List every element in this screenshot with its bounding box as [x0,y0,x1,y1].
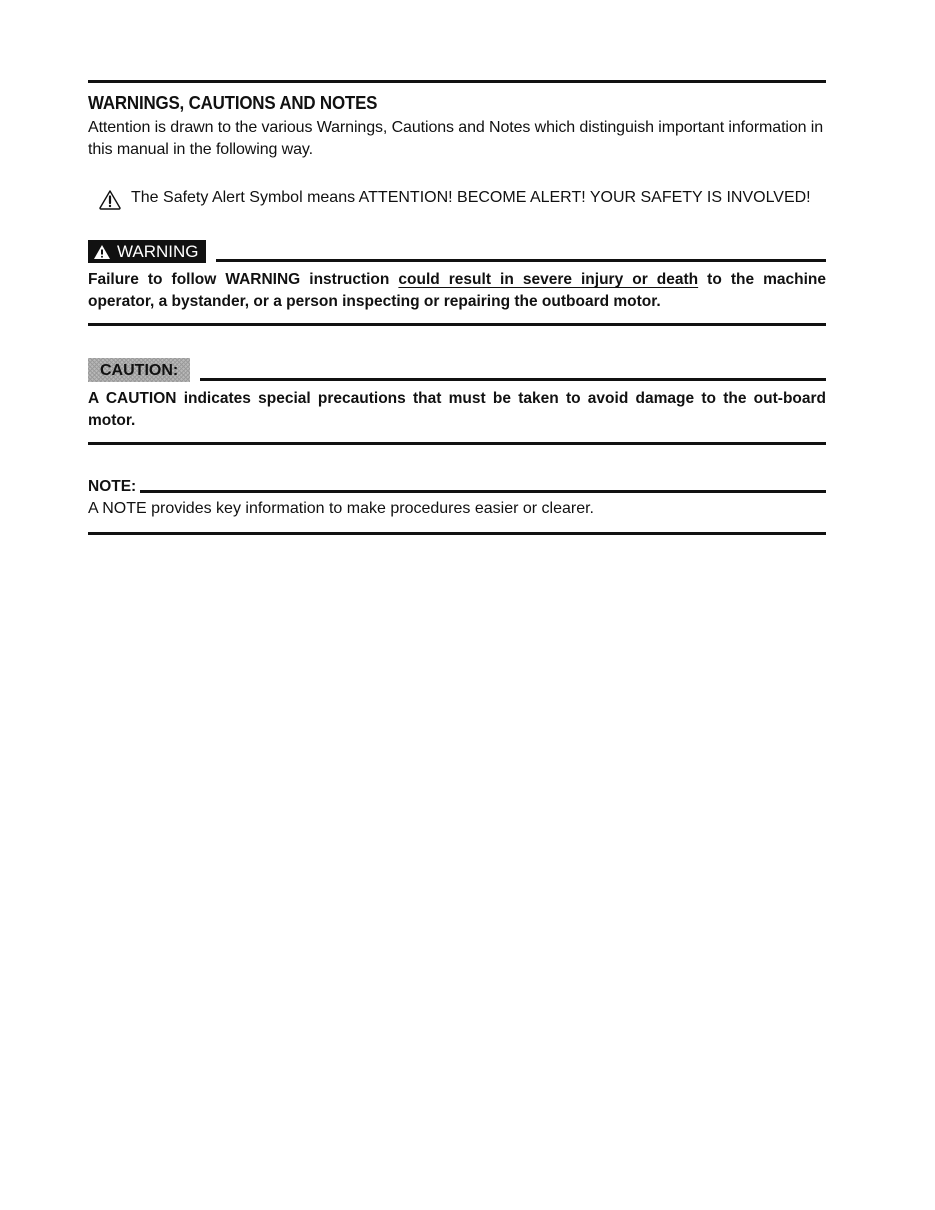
top-rule [88,80,826,83]
caution-badge-label: CAUTION: [100,362,178,380]
caution-header-rule [200,378,826,381]
warning-header: WARNING [88,240,826,263]
note-label: NOTE: [88,478,136,496]
note-body: A NOTE provides key information to make … [88,498,826,520]
warning-body-start: Failure to follow WARNING instruction [88,271,398,288]
note-header-rule [140,490,826,493]
caution-block: CAUTION: A CAUTION indicates special pre… [88,358,826,445]
warning-end-rule [88,323,826,326]
warning-body-emphasis: could result in severe injury or death [398,271,698,288]
warning-body: Failure to follow WARNING instruction co… [88,269,826,313]
caution-badge: CAUTION: [88,358,190,382]
section-title: WARNINGS, CAUTIONS AND NOTES [88,93,782,114]
note-header: NOTE: [88,478,826,496]
safety-alert-row: The Safety Alert Symbol means ATTENTION!… [88,187,826,211]
caution-header: CAUTION: [88,358,826,382]
manual-page: WARNINGS, CAUTIONS AND NOTES Attention i… [88,80,826,535]
safety-alert-triangle-icon [98,189,122,211]
note-block: NOTE: A NOTE provides key information to… [88,478,826,535]
warning-badge: WARNING [88,240,206,263]
warning-block: WARNING Failure to follow WARNING instru… [88,240,826,326]
warning-triangle-icon [93,244,111,260]
safety-alert-text: The Safety Alert Symbol means ATTENTION!… [131,187,826,208]
caution-end-rule [88,442,826,445]
intro-paragraph: Attention is drawn to the various Warnin… [88,117,826,161]
caution-body: A CAUTION indicates special precautions … [88,388,826,432]
note-end-rule [88,532,826,535]
warning-header-rule [216,259,826,262]
warning-badge-label: WARNING [117,242,199,262]
